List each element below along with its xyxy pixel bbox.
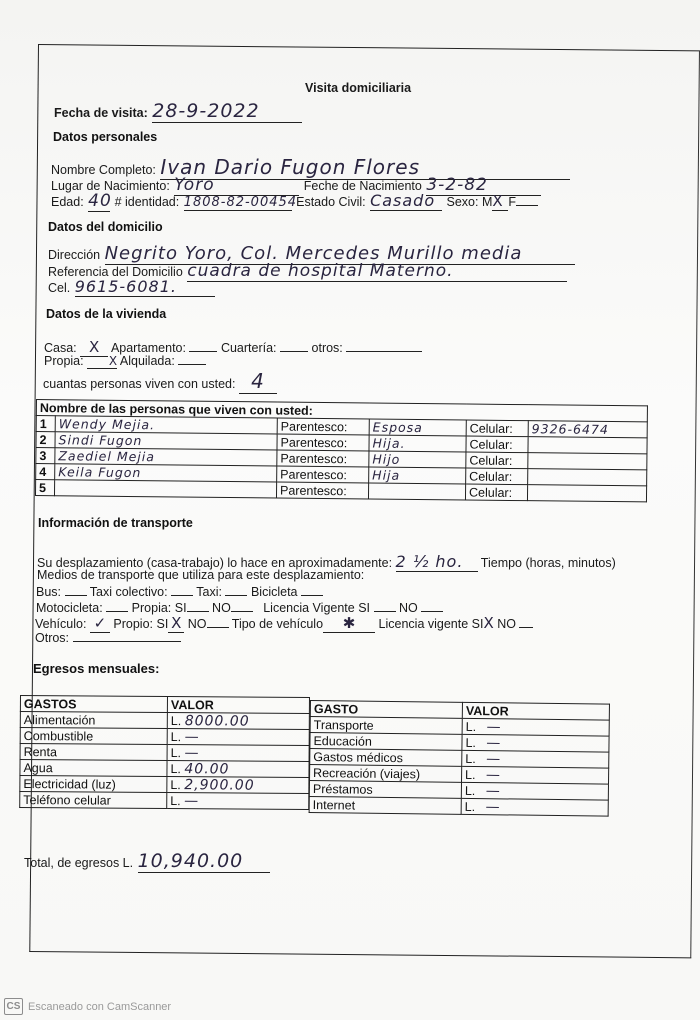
motorcycle-label: Motocicleta: (36, 601, 103, 615)
age-label: Edad: (51, 195, 84, 209)
others-label: Otros: (35, 631, 69, 645)
expense-value: — (486, 783, 501, 799)
commute-unit: Tiempo (horas, minutos) (481, 556, 616, 570)
currency-label: L. (170, 762, 181, 776)
member-relation: Hija. (369, 435, 466, 452)
member-relation: Hijo (369, 451, 466, 468)
member-name (54, 480, 276, 498)
bus-blank (65, 583, 87, 596)
expense-item: Alimentación (20, 712, 167, 729)
row-number: 3 (36, 448, 55, 464)
expense-value-cell: L. 2,900.00 (167, 777, 309, 794)
housing-heading: Datos de la vivienda (46, 307, 166, 321)
expense-item: Electricidad (luz) (20, 776, 167, 793)
column-header: GASTO (310, 701, 462, 719)
currency-label: L. (171, 746, 182, 760)
member-phone (527, 485, 646, 502)
expense-value: 8000.00 (185, 713, 250, 729)
phone-label: Cel. (48, 281, 70, 295)
expense-item: Agua (20, 760, 167, 777)
commute-value: 2 ½ ho. (396, 552, 478, 572)
row-number: 4 (36, 464, 55, 480)
total-label: Total, de egresos L. (24, 856, 133, 870)
currency-label: L. (465, 735, 476, 749)
expense-value: — (184, 793, 199, 809)
motorcycle-own-no-blank (231, 599, 253, 612)
room-blank (280, 339, 308, 352)
currency-label: L. (465, 767, 476, 781)
phone-label: Celular: (466, 452, 528, 469)
rented-blank (178, 352, 206, 365)
vehicle-type-label: Tipo de vehículo (232, 617, 323, 631)
phone-row: Cel. 9615-6081. (48, 277, 215, 297)
bicycle-blank (301, 583, 323, 596)
expense-value-cell: L. — (462, 750, 609, 768)
phone-label: Celular: (466, 420, 528, 437)
member-relation: Hija (369, 467, 466, 484)
expense-item: Teléfono celular (20, 792, 167, 809)
currency-label: L. (170, 778, 181, 792)
sex-label: Sexo: M (447, 195, 493, 209)
member-phone: 9326-6474 (528, 421, 647, 438)
currency-label: L. (466, 719, 477, 733)
phone-label: Celular: (465, 484, 527, 501)
owned-mark: X (87, 354, 117, 369)
visit-date-row: Fecha de visita: 28-9-2022 (54, 100, 302, 123)
other-label: otros: (312, 341, 343, 355)
expense-value: — (184, 745, 199, 761)
table-row: Teléfono celular L. — (20, 792, 309, 810)
expense-value: — (485, 799, 500, 815)
expense-item: Internet (309, 796, 461, 814)
expenses-table-right: GASTO VALOR Transporte L. — Educación L.… (309, 700, 610, 817)
scanner-watermark: CS Escaneado con CamScanner (4, 998, 171, 1015)
bicycle-label: Bicicleta (251, 585, 298, 599)
table-row: Internet L. — (309, 796, 608, 816)
currency-label: L. (170, 794, 181, 808)
taxi-blank (225, 583, 247, 596)
relation-label: Parentesco: (277, 466, 369, 483)
bus-label: Bus: (36, 585, 61, 599)
rented-label: Alquilada: (120, 354, 175, 368)
expense-value-cell: L. — (167, 793, 309, 810)
household-table: Nombre de las personas que viven con ust… (35, 399, 648, 502)
relation-label: Parentesco: (276, 482, 368, 499)
expense-value-cell: L. — (167, 729, 309, 746)
expense-item: Recreación (viajes) (310, 765, 462, 783)
expense-value: — (486, 751, 501, 767)
expense-item: Educación (310, 733, 462, 751)
expense-value-cell: L. 40.00 (167, 761, 309, 778)
row-number: 1 (36, 416, 55, 432)
member-phone (528, 437, 647, 454)
currency-label: L. (465, 783, 476, 797)
expense-value-cell: L. — (461, 798, 608, 816)
member-phone (528, 469, 647, 486)
expense-item: Préstamos (309, 781, 461, 799)
currency-label: L. (171, 714, 182, 728)
camscanner-logo-icon: CS (4, 998, 23, 1015)
relation-label: Parentesco: (277, 434, 369, 451)
row-number: 2 (36, 432, 55, 448)
collective-taxi-label: Taxi colectivo: (90, 585, 168, 599)
reference-value: cuadra de hospital Materno. (187, 261, 567, 282)
column-header: VALOR (462, 702, 609, 720)
public-transport-row: Bus: Taxi colectivo: Taxi: Bicicleta (36, 583, 323, 599)
expense-value: 40.00 (184, 761, 229, 777)
currency-label: L. (465, 799, 476, 813)
member-relation (368, 483, 465, 500)
expense-item: Gastos médicos (310, 749, 462, 767)
motorcycle-license-label: Licencia Vigente SI (263, 601, 370, 615)
address-label: Dirección (48, 248, 100, 262)
form-title: Visita domiciliaria (305, 81, 411, 95)
currency-label: L. (465, 751, 476, 765)
motorcycle-license-si-blank (374, 599, 396, 612)
total-row: Total, de egresos L. 10,940.00 (24, 850, 270, 873)
phone-value: 9615-6081. (75, 277, 215, 297)
persons-count: 4 (239, 369, 277, 394)
age-id-row: Edad: 40 # identidad: 1808-82-00454 Esta… (51, 191, 538, 212)
id-label: # identidad: (115, 195, 180, 209)
visit-date-label: Fecha de visita: (54, 106, 148, 120)
civil-status-label: Estado Civil: (296, 195, 365, 209)
column-header: VALOR (167, 697, 309, 714)
means-label: Medios de transporte que utiliza para es… (37, 568, 364, 582)
sex-female-blank (516, 193, 538, 206)
motorcycle-blank (106, 599, 128, 612)
phone-label: Celular: (466, 436, 528, 453)
column-header: GASTOS (20, 696, 167, 713)
relation-label: Parentesco: (277, 418, 369, 435)
transport-heading: Información de transporte (38, 516, 193, 530)
vehicle-type-mark: ✱ (323, 614, 375, 633)
member-relation: Esposa (369, 419, 466, 436)
expense-value-cell: L. — (462, 766, 609, 784)
taxi-label: Taxi: (196, 585, 222, 599)
motorcycle-license-no-label: NO (399, 601, 418, 615)
expense-item: Renta (20, 744, 167, 761)
motorcycle-own-no-label: NO (212, 601, 231, 615)
expense-value-cell: L. — (461, 782, 608, 800)
collective-taxi-blank (171, 583, 193, 596)
scanned-page: Visita domiciliaria Fecha de visita: 28-… (0, 0, 700, 1020)
motorcycle-row: Motocicleta: Propia: SI NO Licencia Vige… (36, 599, 443, 615)
expense-value-cell: L. 8000.00 (167, 713, 309, 730)
expenses-table-left: GASTOS VALOR Alimentación L. 8000.00 Com… (19, 695, 310, 810)
motorcycle-license-no-blank (421, 599, 443, 612)
others-blank (73, 629, 181, 642)
watermark-text: Escaneado con CamScanner (28, 1001, 171, 1013)
persons-label: cuantas personas viven con usted: (43, 377, 235, 391)
expense-value-cell: L. — (462, 734, 609, 752)
expense-value: — (486, 767, 501, 783)
motorcycle-own-label: Propia: SI (132, 601, 187, 615)
room-label: Cuartería: (221, 341, 277, 355)
sex-f-label: F (508, 195, 516, 209)
expense-value: — (486, 735, 501, 751)
vehicle-own-no-label: NO (188, 617, 207, 631)
relation-label: Parentesco: (277, 450, 369, 467)
personal-data-heading: Datos personales (53, 130, 157, 144)
id-value: 1808-82-00454 (184, 195, 292, 211)
vehicle-license-label: Licencia vigente SI (379, 617, 484, 631)
expense-value: 2,900.00 (184, 777, 254, 793)
expense-value-cell: L. — (462, 718, 609, 736)
expenses-heading: Egresos mensuales: (33, 661, 159, 676)
currency-label: L. (171, 730, 182, 744)
civil-status-value: Casado (370, 191, 442, 211)
vehicle-license-mark: X (483, 614, 493, 632)
sex-male-mark: X (492, 192, 508, 211)
member-phone (528, 453, 647, 470)
expense-item: Combustible (20, 728, 167, 745)
expenses-left-header: GASTOS VALOR (20, 696, 309, 714)
vehicle-license-no-blank (519, 615, 533, 628)
expense-value-cell: L. — (167, 745, 309, 762)
persons-row: cuantas personas viven con usted: 4 (43, 369, 277, 394)
apartment-blank (189, 339, 217, 352)
other-blank (346, 339, 422, 352)
tenure-row: Propia: X Alquilada: (44, 352, 206, 369)
phone-label: Celular: (466, 468, 528, 485)
row-number: 5 (35, 480, 54, 496)
total-value: 10,940.00 (138, 850, 270, 873)
expense-value: — (185, 729, 200, 745)
visit-date-value: 28-9-2022 (152, 100, 302, 123)
motorcycle-own-si-blank (187, 599, 209, 612)
others-row: Otros: (35, 629, 181, 645)
address-heading: Datos del domicilio (48, 220, 163, 234)
vehicle-license-no-label: NO (497, 617, 516, 631)
age-value: 40 (88, 191, 110, 212)
expense-item: Transporte (310, 717, 462, 735)
owned-label: Propia: (44, 354, 84, 368)
expense-value: — (486, 719, 501, 735)
vehicle-own-no-blank (207, 615, 229, 628)
